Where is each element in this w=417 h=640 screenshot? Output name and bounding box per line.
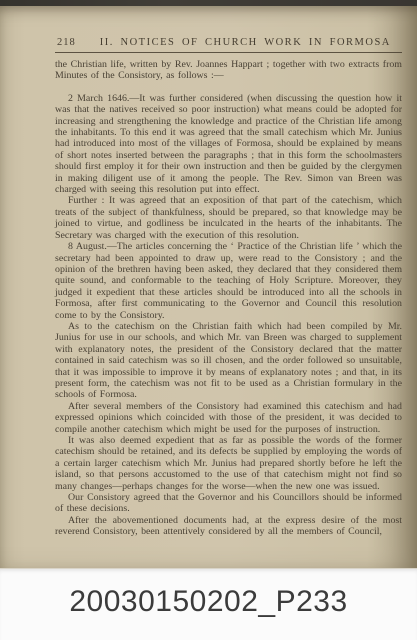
paragraph-catechism: As to the catechism on the Christian fai…: [55, 321, 402, 401]
page-header: 218 II. NOTICES OF CHURCH WORK IN FORMOS…: [57, 37, 402, 48]
paragraph-august-entry: 8 August.—The articles concerning the ‘ …: [55, 241, 402, 321]
paragraph-continuation: the Christian life, written by Rev. Joan…: [55, 59, 402, 82]
paragraph-expedient: It was also deemed expedient that as far…: [55, 435, 402, 492]
paragraph-governor-informed: Our Consistory agreed that the Governor …: [55, 492, 402, 515]
page-number: 218: [57, 37, 76, 48]
running-head-title: II. NOTICES OF CHURCH WORK IN FORMOSA: [100, 37, 391, 48]
scanned-book-page: 218 II. NOTICES OF CHURCH WORK IN FORMOS…: [0, 0, 417, 640]
archive-id-label: 20030150202_P233: [69, 585, 347, 619]
paragraph-further: Further : It was agreed that an expositi…: [55, 195, 402, 241]
paragraph-consistory-opinion: After several members of the Consistory …: [55, 401, 402, 435]
book-page: 218 II. NOTICES OF CHURCH WORK IN FORMOS…: [0, 6, 417, 568]
paragraph-closing: After the abovementioned documents had, …: [55, 515, 402, 538]
page-body-text: the Christian life, written by Rev. Joan…: [55, 59, 402, 538]
header-rule: [55, 52, 402, 53]
paragraph-march-entry: 2 March 1646.—It was further considered …: [55, 93, 402, 196]
archive-label-strip: 20030150202_P233: [0, 568, 417, 640]
